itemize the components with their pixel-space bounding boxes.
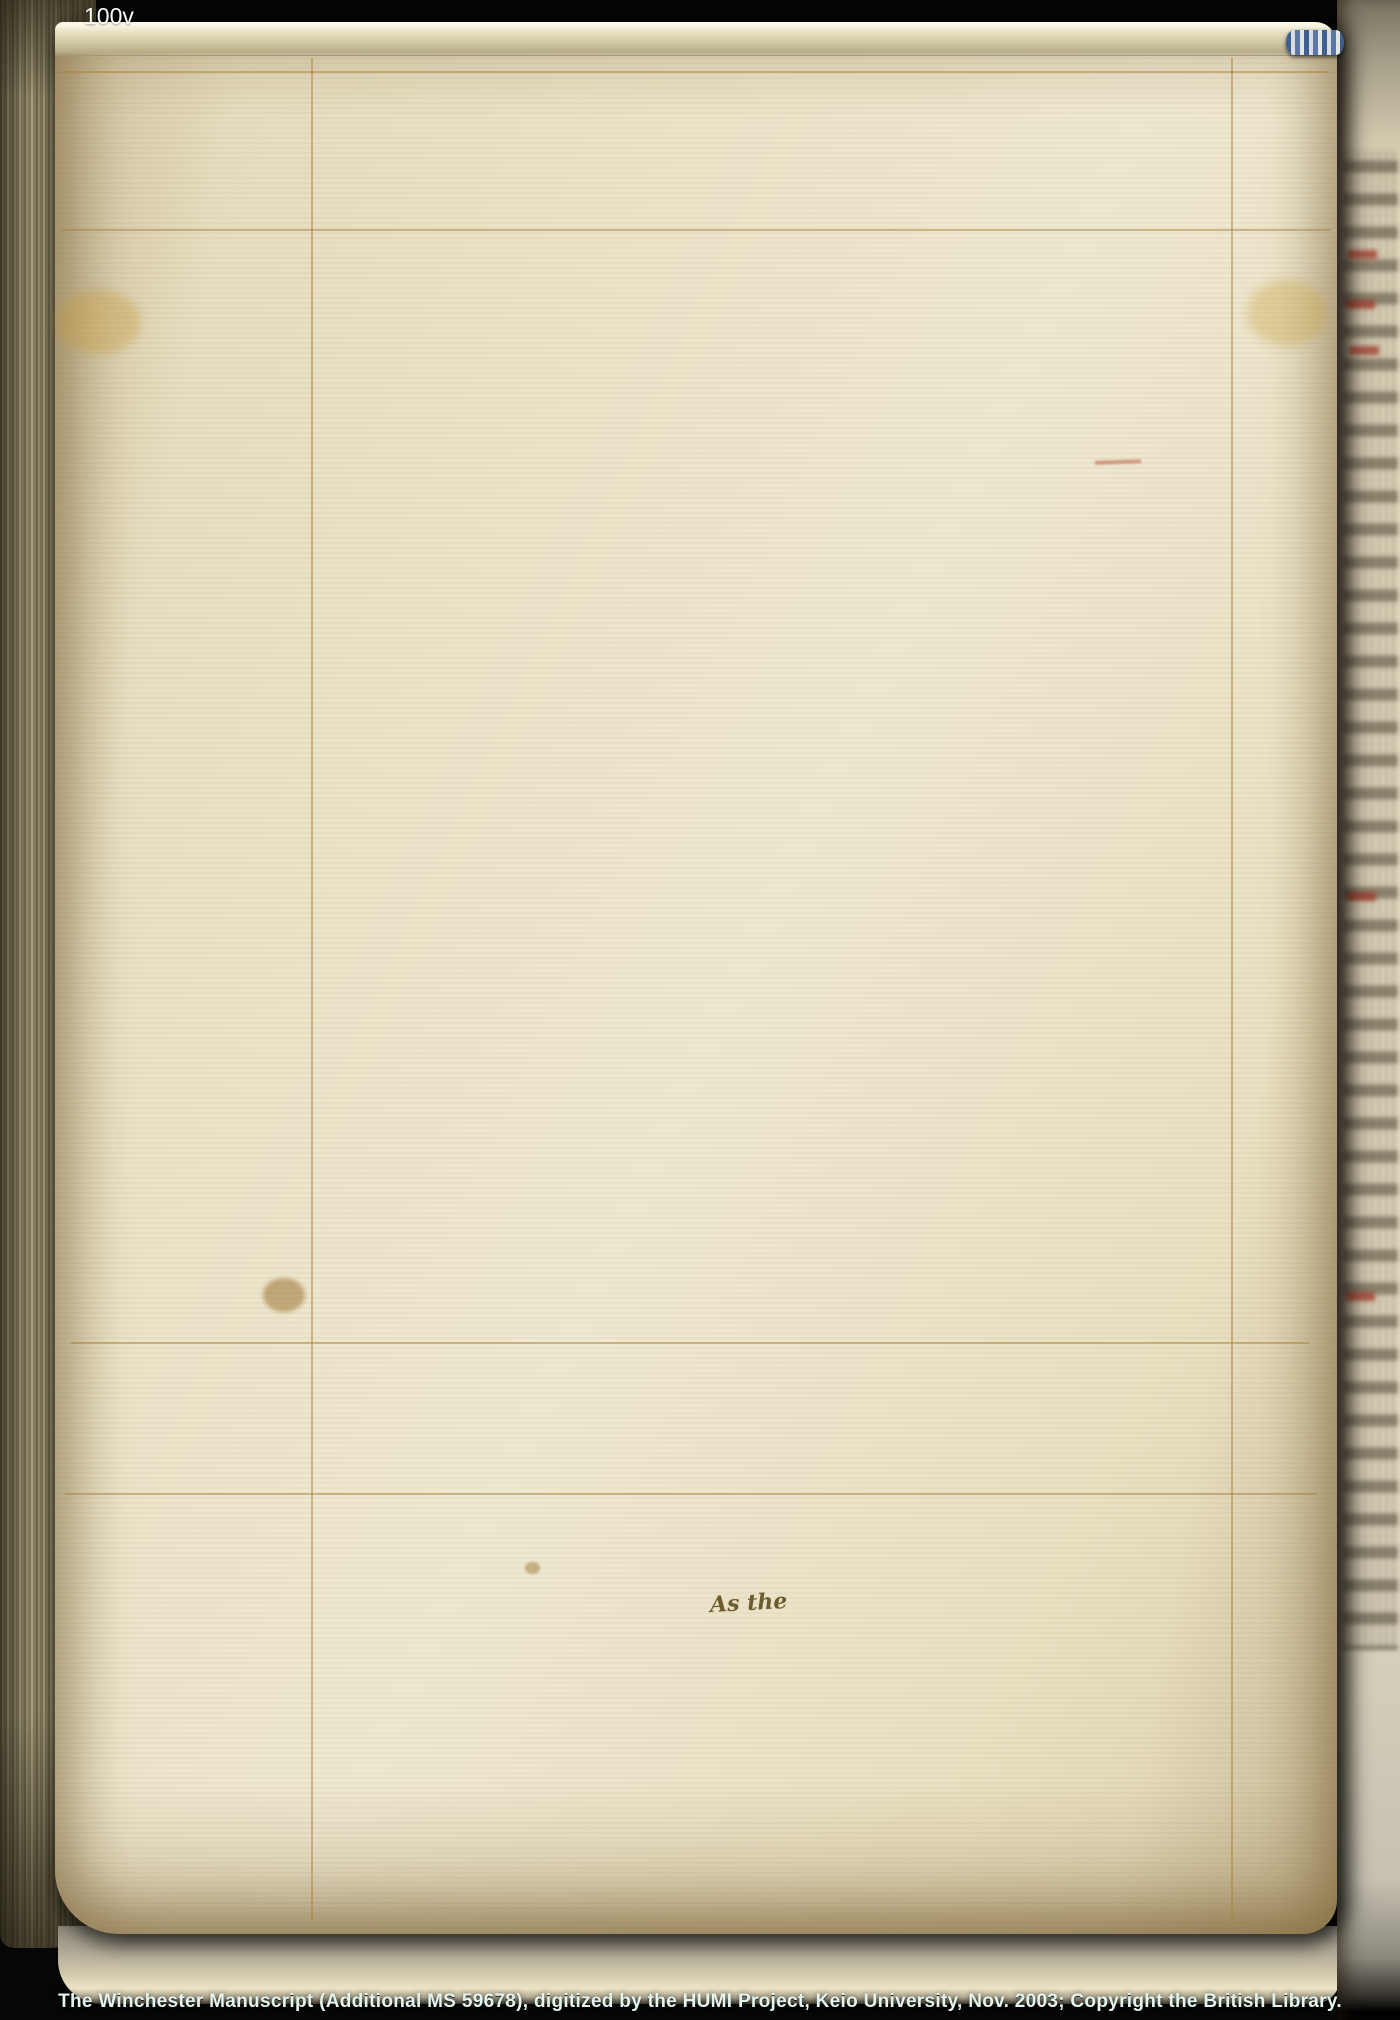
facing-page-rubric-mark [1345,300,1375,309]
ruling-top-inner [61,229,1331,231]
headband [1286,30,1344,55]
stain [1247,280,1327,346]
manuscript-page: was moste welcom vnto hir · // Than in a… [55,22,1337,1934]
ruling-bottom-outer [65,1493,1317,1495]
facing-page-edge [1337,0,1400,2020]
caption-bar: The Winchester Manuscript (Additional MS… [0,1984,1400,2020]
stain [57,290,141,354]
page-top-edge [55,22,1337,56]
ink-smudge [1095,459,1141,465]
folio-label: 100v [84,3,134,30]
ruling-top-outer [61,71,1329,73]
facing-page-rubric-mark [1349,346,1379,355]
manuscript-viewer: was moste welcom vnto hir · // Than in a… [0,0,1400,2020]
stain [525,1562,540,1574]
catchword: As the [709,1588,788,1618]
ruling-right-margin [1231,58,1233,1920]
facing-page-rubric-mark [1345,1292,1375,1301]
ruling-bottom-inner [71,1342,1309,1344]
stain [263,1278,305,1312]
facing-page-rubric-mark [1346,892,1376,901]
ruling-left-margin [311,58,313,1920]
caption-text: The Winchester Manuscript (Additional MS… [58,1991,1342,2013]
facing-page-rubric-mark [1347,250,1377,259]
